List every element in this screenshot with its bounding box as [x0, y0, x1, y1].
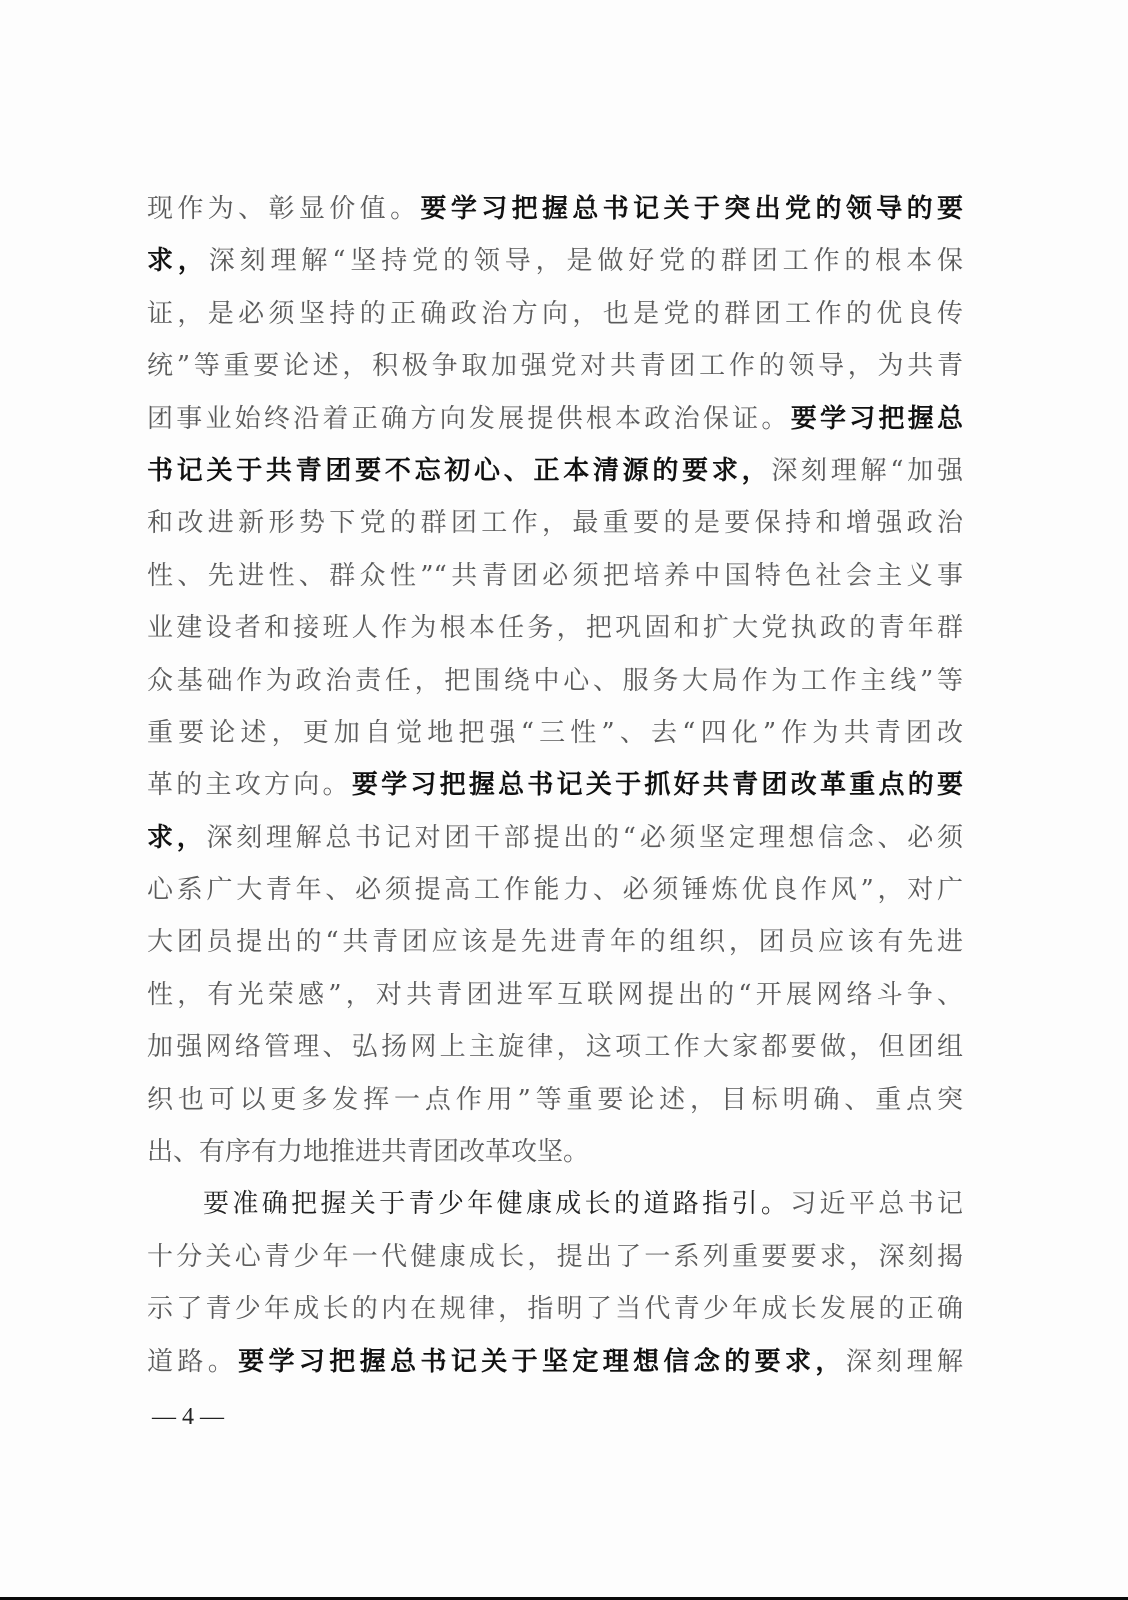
text-line: 织也可以更多发挥一点作用”等重要论述，目标明确、重点突 — [147, 1074, 963, 1126]
body-text-segment: 业建设者和接班人作为根本任务，把巩固和扩大党执政的青年群 — [147, 613, 963, 643]
text-line: 现作为、彰显价值。要学习把握总书记关于突出党的领导的要 — [147, 183, 963, 235]
text-line: 证，是必须坚持的正确政治方向，也是党的群团工作的优良传 — [147, 288, 963, 340]
text-line: 众基础作为政治责任，把围绕中心、服务大局作为工作主线”等 — [147, 655, 963, 707]
body-text-segment: 大团员提出的“共青团应该是先进青年的组织，团员应该有先进 — [147, 927, 963, 957]
text-line: 团事业始终沿着正确方向发展提供根本政治保证。要学习把握总 — [147, 393, 963, 445]
body-text: 现作为、彰显价值。要学习把握总书记关于突出党的领导的要求，深刻理解“坚持党的领导… — [147, 183, 963, 1388]
body-text-segment: 和改进新形势下党的群团工作，最重要的是要保持和增强政治 — [147, 508, 963, 538]
section-lead-text: 要准确把握关于青少年健康成长的道路指引。 — [203, 1189, 790, 1219]
document-page: 现作为、彰显价值。要学习把握总书记关于突出党的领导的要求，深刻理解“坚持党的领导… — [0, 0, 1128, 1597]
body-text-segment: 深刻理解“加强 — [771, 456, 963, 486]
bold-heading-text: 要学习把握总书记关于突出党的领导的要 — [420, 194, 963, 224]
text-line: 道路。要学习把握总书记关于坚定理想信念的要求，深刻理解 — [147, 1336, 963, 1388]
body-text-segment: 十分关心青少年一代健康成长，提出了一系列重要要求，深刻揭 — [147, 1242, 963, 1272]
text-line: 重要论述，更加自觉地把强“三性”、去“四化”作为共青团改 — [147, 707, 963, 759]
text-line: 要准确把握关于青少年健康成长的道路指引。习近平总书记 — [147, 1178, 963, 1230]
text-line: 和改进新形势下党的群团工作，最重要的是要保持和增强政治 — [147, 497, 963, 549]
text-line: 性，有光荣感”，对共青团进军互联网提出的“开展网络斗争、 — [147, 969, 963, 1021]
body-text-segment: 心系广大青年、必须提高工作能力、必须锤炼优良作风”，对广 — [147, 875, 963, 905]
body-text-segment: 深刻理解“坚持党的领导，是做好党的群团工作的根本保 — [209, 246, 963, 276]
body-text-segment: 织也可以更多发挥一点作用”等重要论述，目标明确、重点突 — [147, 1085, 963, 1115]
body-text-segment: 深刻理解 — [846, 1347, 963, 1377]
text-line: 性、先进性、群众性”“共青团必须把培养中国特色社会主义事 — [147, 550, 963, 602]
body-text-segment: 现作为、彰显价值。 — [147, 194, 420, 224]
body-text-segment: 示了青少年成长的内在规律，指明了当代青少年成长发展的正确 — [147, 1294, 963, 1324]
text-line: 大团员提出的“共青团应该是先进青年的组织，团员应该有先进 — [147, 916, 963, 968]
text-line: 心系广大青年、必须提高工作能力、必须锤炼优良作风”，对广 — [147, 864, 963, 916]
body-text-segment: 众基础作为政治责任，把围绕中心、服务大局作为工作主线”等 — [147, 666, 963, 696]
text-line: 求，深刻理解总书记对团干部提出的“必须坚定理想信念、必须 — [147, 812, 963, 864]
text-line: 统”等重要论述，积极争取加强党对共青团工作的领导，为共青 — [147, 340, 963, 392]
bold-heading-text: 要学习把握总 — [791, 404, 963, 434]
body-text-segment: 深刻理解总书记对团干部提出的“必须坚定理想信念、必须 — [206, 823, 963, 853]
body-text-segment: 出、有序有力地推进共青团改革攻坚。 — [147, 1137, 589, 1167]
text-line: 十分关心青少年一代健康成长，提出了一系列重要要求，深刻揭 — [147, 1231, 963, 1283]
body-text-segment: 性、先进性、群众性”“共青团必须把培养中国特色社会主义事 — [147, 561, 963, 591]
bold-heading-text: 求， — [147, 246, 209, 276]
text-line: 出、有序有力地推进共青团改革攻坚。 — [147, 1126, 963, 1178]
body-text-segment: 团事业始终沿着正确方向发展提供根本政治保证。 — [147, 404, 791, 434]
text-line: 示了青少年成长的内在规律，指明了当代青少年成长发展的正确 — [147, 1283, 963, 1335]
body-text-segment: 重要论述，更加自觉地把强“三性”、去“四化”作为共青团改 — [147, 718, 963, 748]
body-text-segment: 习近平总书记 — [790, 1189, 963, 1219]
body-text-segment: 性，有光荣感”，对共青团进军互联网提出的“开展网络斗争、 — [147, 980, 963, 1010]
body-text-segment: 加强网络管理、弘扬网上主旋律，这项工作大家都要做，但团组 — [147, 1032, 963, 1062]
bold-heading-text: 要学习把握总书记关于抓好共青团改革重点的要 — [352, 770, 963, 800]
bold-heading-text: 求， — [147, 823, 206, 853]
bold-heading-text: 要学习把握总书记关于坚定理想信念的要求， — [238, 1347, 846, 1377]
text-line: 革的主攻方向。要学习把握总书记关于抓好共青团改革重点的要 — [147, 759, 963, 811]
body-text-segment: 革的主攻方向。 — [147, 770, 352, 800]
text-line: 加强网络管理、弘扬网上主旋律，这项工作大家都要做，但团组 — [147, 1021, 963, 1073]
body-text-segment: 道路。 — [147, 1347, 238, 1377]
bold-heading-text: 书记关于共青团要不忘初心、正本清源的要求， — [147, 456, 771, 486]
text-line: 业建设者和接班人作为根本任务，把巩固和扩大党执政的青年群 — [147, 602, 963, 654]
body-text-segment: 证，是必须坚持的正确政治方向，也是党的群团工作的优良传 — [147, 299, 963, 329]
body-text-segment: 统”等重要论述，积极争取加强党对共青团工作的领导，为共青 — [147, 351, 963, 381]
page-number: — 4 — — [152, 1404, 224, 1431]
text-line: 书记关于共青团要不忘初心、正本清源的要求，深刻理解“加强 — [147, 445, 963, 497]
text-line: 求，深刻理解“坚持党的领导，是做好党的群团工作的根本保 — [147, 235, 963, 287]
